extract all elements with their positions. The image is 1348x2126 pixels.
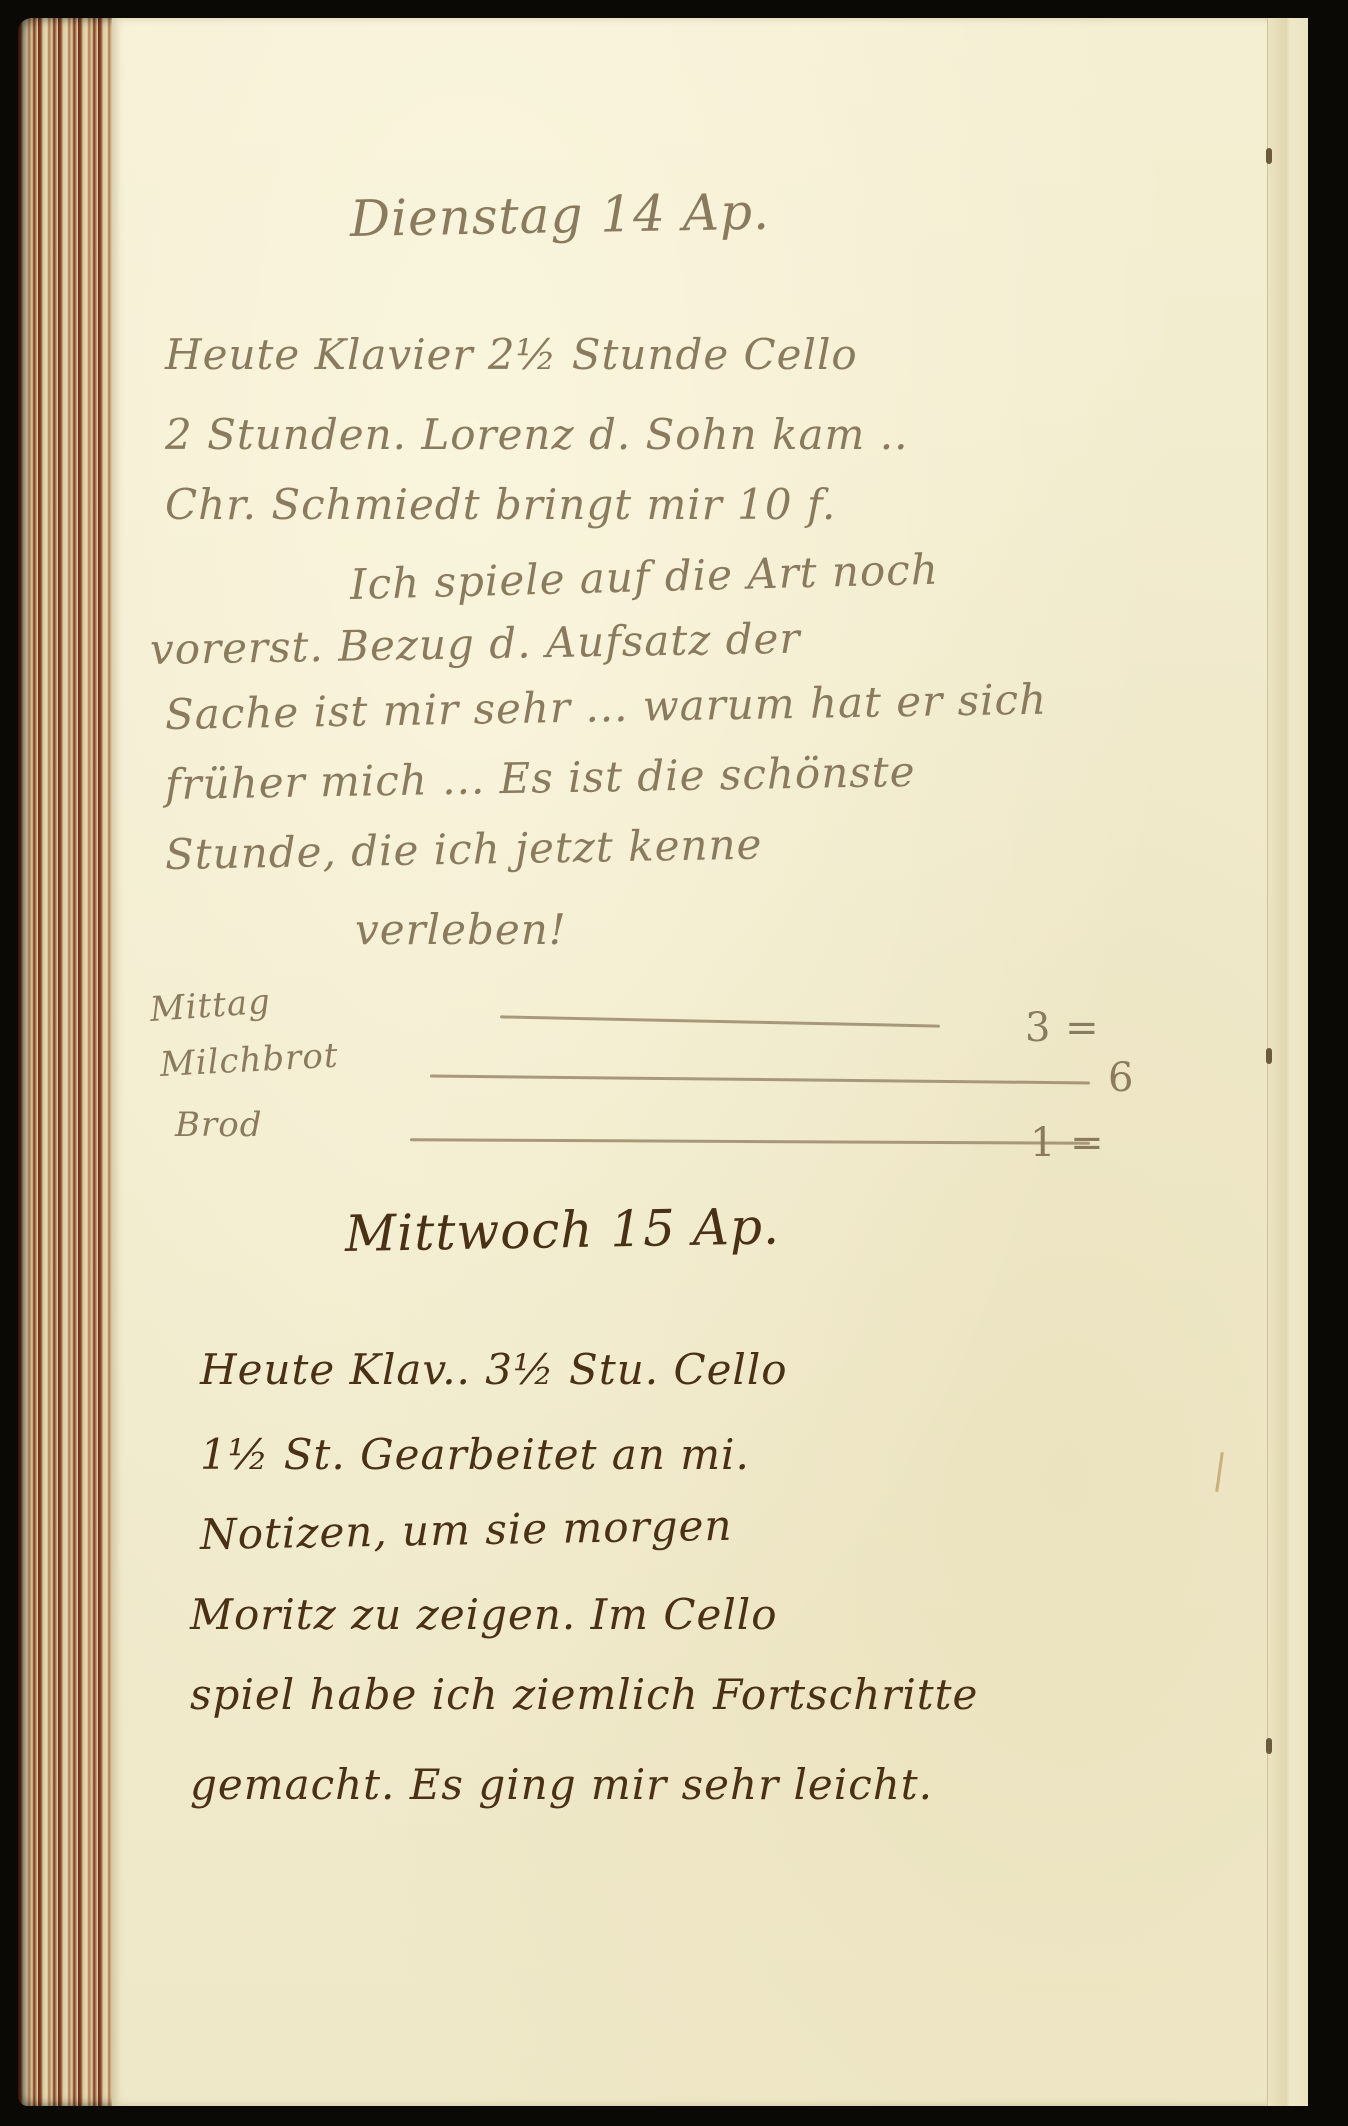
ledger-label: Brod bbox=[175, 1105, 262, 1145]
entry-line: gemacht. Es ging mir sehr leicht. bbox=[190, 1760, 933, 1809]
entry-heading: Mittwoch 15 Ap. bbox=[344, 1197, 780, 1263]
ledger-value: 3 = bbox=[1025, 1005, 1100, 1051]
ledger-value: 6 bbox=[1108, 1055, 1134, 1101]
entry-line: Heute Klav.. 3½ Stu. Cello bbox=[200, 1345, 788, 1394]
entry-line: Moritz zu zeigen. Im Cello bbox=[190, 1590, 778, 1639]
ledger-label: Mittag bbox=[149, 982, 273, 1030]
binding-stitch bbox=[1266, 1048, 1272, 1064]
entry-line: 1½ St. Gearbeitet an mi. bbox=[200, 1430, 750, 1479]
entry-line: verleben! bbox=[355, 905, 567, 954]
entry-line: spiel habe ich ziemlich Fortschritte bbox=[190, 1670, 978, 1719]
ledger-value: 1 = bbox=[1030, 1120, 1105, 1166]
entry-heading: Dienstag 14 Ap. bbox=[349, 183, 770, 248]
book-photo: Dienstag 14 Ap. Heute Klavier 2½ Stunde … bbox=[0, 0, 1348, 2126]
entry-line: Notizen, um sie morgen bbox=[200, 1501, 733, 1559]
entry-line: Heute Klavier 2½ Stunde Cello bbox=[165, 330, 858, 379]
binding-stitch bbox=[1266, 1738, 1272, 1754]
entry-line: Stunde, die ich jetzt kenne bbox=[165, 820, 763, 879]
page-edges-stack bbox=[18, 18, 118, 2106]
page-gutter-fold bbox=[1267, 18, 1308, 2106]
entry-line: 2 Stunden. Lorenz d. Sohn kam .. bbox=[165, 410, 908, 459]
binding-stitch bbox=[1266, 148, 1272, 164]
entry-line: Chr. Schmiedt bringt mir 10 f. bbox=[165, 480, 836, 529]
